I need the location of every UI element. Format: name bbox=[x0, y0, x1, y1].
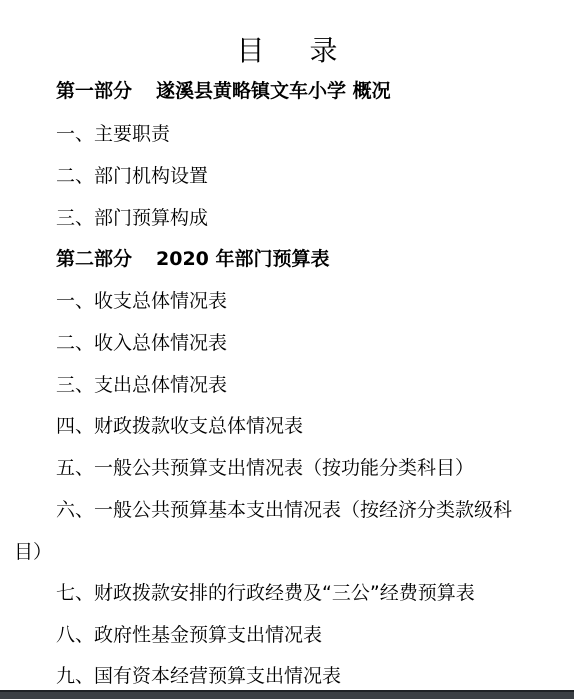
part-2-heading: 第二部分2020 年部门预算表 bbox=[56, 248, 330, 270]
toc-item[interactable]: 三、支出总体情况表 bbox=[56, 374, 227, 396]
toc-item[interactable]: 一、收支总体情况表 bbox=[56, 290, 227, 312]
toc-item[interactable]: 四、财政拨款收支总体情况表 bbox=[56, 415, 303, 437]
part-1-title: 遂溪县黄略镇文车小学 概况 bbox=[156, 80, 391, 102]
toc-item[interactable]: 二、部门机构设置 bbox=[56, 165, 208, 187]
toc-item[interactable]: 二、收入总体情况表 bbox=[56, 332, 227, 354]
toc-item[interactable]: 九、国有资本经营预算支出情况表 bbox=[56, 665, 341, 687]
toc-title: 目 录 bbox=[0, 34, 574, 68]
part-1-label: 第一部分 bbox=[56, 80, 132, 102]
toc-item[interactable]: 一、主要职责 bbox=[56, 123, 170, 145]
toc-item[interactable]: 六、一般公共预算基本支出情况表（按经济分类款级科 bbox=[56, 499, 512, 521]
toc-item-wrap[interactable]: 目） bbox=[14, 541, 52, 563]
document-page: 目 录 第一部分遂溪县黄略镇文车小学 概况 一、主要职责 二、部门机构设置 三、… bbox=[0, 0, 574, 690]
toc-item[interactable]: 三、部门预算构成 bbox=[56, 207, 208, 229]
toc-item[interactable]: 七、财政拨款安排的行政经费及“三公”经费预算表 bbox=[56, 582, 475, 604]
part-1-heading: 第一部分遂溪县黄略镇文车小学 概况 bbox=[56, 80, 391, 102]
part-2-title: 2020 年部门预算表 bbox=[156, 248, 330, 270]
toc-item[interactable]: 五、一般公共预算支出情况表（按功能分类科目） bbox=[56, 457, 474, 479]
part-2-label: 第二部分 bbox=[56, 248, 132, 270]
toc-item[interactable]: 八、政府性基金预算支出情况表 bbox=[56, 624, 322, 646]
window-bottom-edge bbox=[0, 690, 574, 699]
